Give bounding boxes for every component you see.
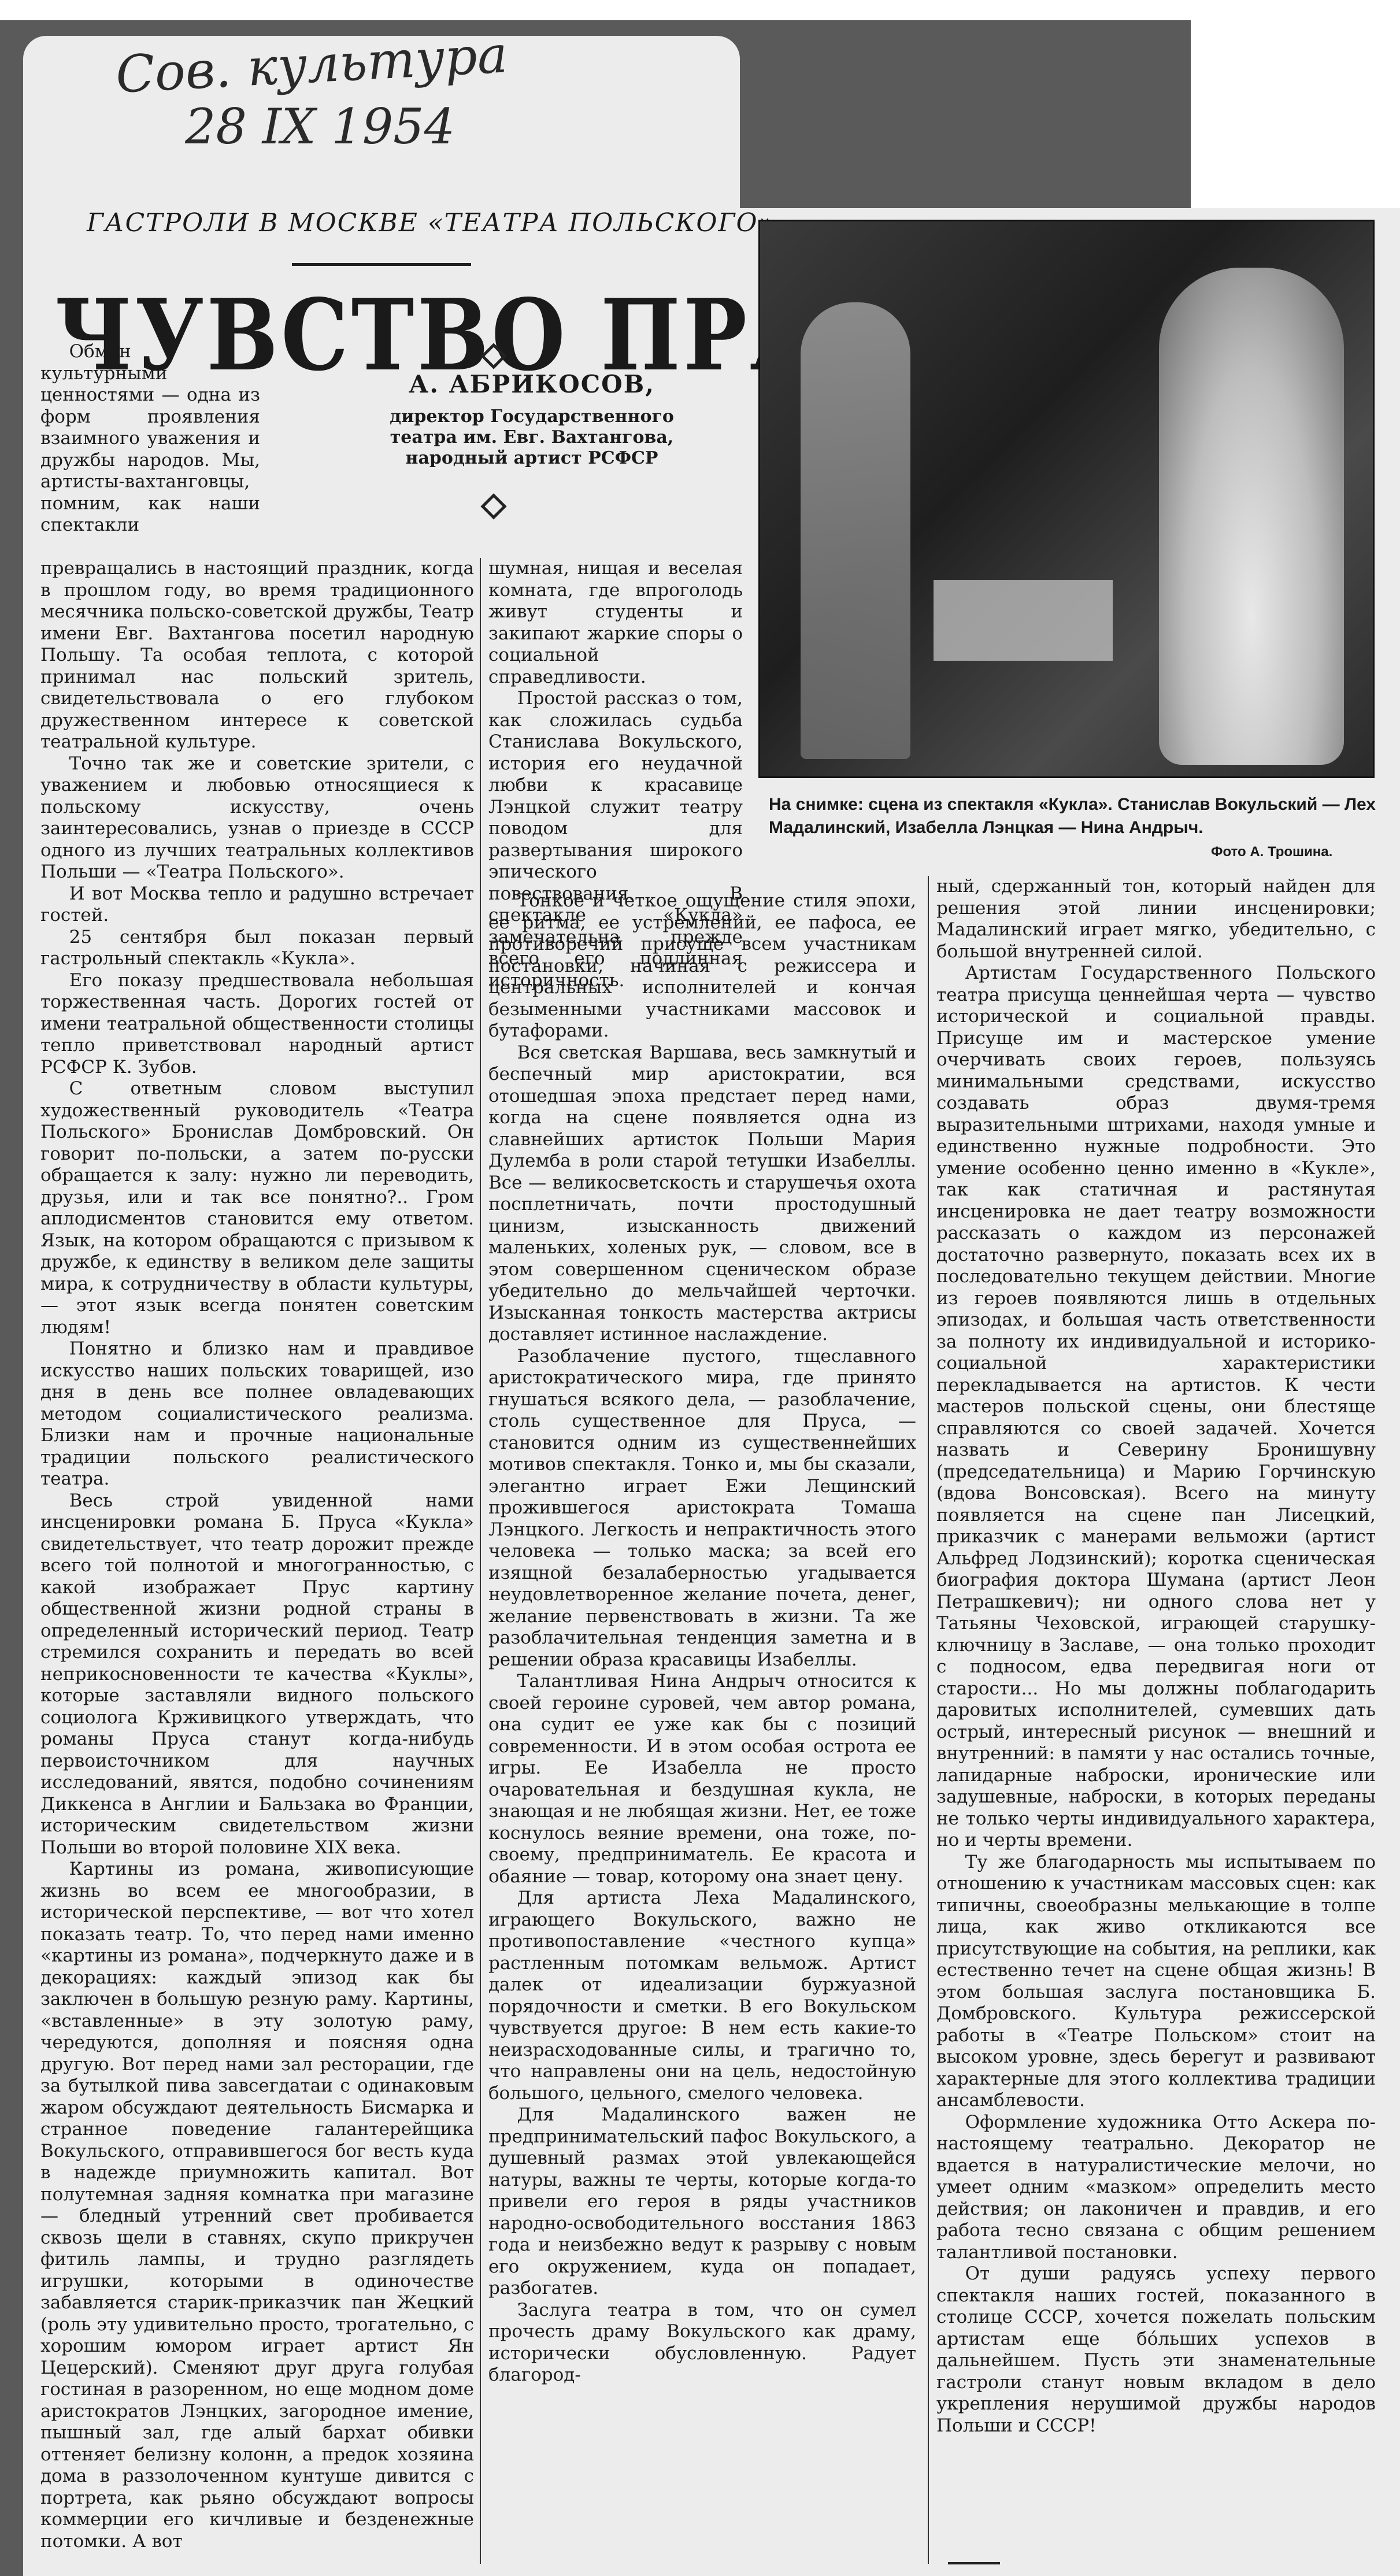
column-divider [480,558,481,2564]
photo-table [934,580,1113,661]
paragraph: Весь строй увиденной нами инсценировки р… [40,1490,474,1859]
rubric-divider [292,263,471,266]
paragraph: Картины из романа, живописующие жизнь во… [40,1859,474,2552]
paragraph: От души радуясь успеху первого спектакля… [936,2263,1376,2437]
paragraph: И вот Москва тепло и радушно встречает г… [40,883,474,927]
lead-paragraph: Обмен культурными ценностями — одна из ф… [40,341,260,536]
author-role: директор Государственного театра им. Евг… [370,406,694,469]
column-2: Тонкое и четкое ощущение стиля эпохи, ее… [488,890,916,2386]
column-divider [928,876,929,2564]
paragraph: Его показу предшествовала небольшая торж… [40,970,474,1079]
author-name: А. АБРИКОСОВ, [370,370,694,398]
paragraph: Заслуга театра в том, что он сумел проче… [488,2300,916,2386]
paragraph: Ту же благодарность мы испытываем по отн… [936,1852,1376,2112]
end-rule [948,2562,1000,2564]
paragraph: Талантливая Нина Андрыч относится к свое… [488,1671,916,1887]
photo-figure-man [801,302,910,759]
paragraph: Тонкое и четкое ощущение стиля эпохи, ее… [488,890,916,1042]
paragraph: Вся светская Варшава, весь замкнутый и б… [488,1042,916,1346]
column-3: ный, сдержанный тон, который найден для … [936,876,1376,2437]
paragraph: Для артиста Леха Мадалинского, играющего… [488,1887,916,2104]
stage-photo [758,220,1375,778]
paragraph: С ответным словом выступил художественны… [40,1078,474,1338]
photo-caption: На снимке: сцена из спектакля «Кукла». С… [769,793,1382,839]
paragraph: Понятно и близко нам и правдивое искусст… [40,1338,474,1490]
photo-credit: Фото А. Трошина. [1211,844,1332,860]
paragraph: Точно так же и советские зрители, с уваж… [40,753,474,883]
paragraph: Артистам Государственного Польского теат… [936,963,1376,1852]
paragraph: ный, сдержанный тон, который найден для … [936,876,1376,963]
paragraph: шумная, нищая и веселая комната, где впр… [488,558,743,688]
handwritten-date: 28 IX 1954 [185,98,455,155]
rubric: ГАСТРОЛИ В МОСКВЕ «ТЕАТРА ПОЛЬСКОГО» [87,208,775,238]
author-block: А. АБРИКОСОВ, директор Государственного … [370,370,694,469]
paragraph: Разоблачение пустого, тщеславного аристо… [488,1346,916,1671]
paragraph: Для Мадалинского важен не предпринимател… [488,2104,916,2300]
paragraph: превращались в настоящий праздник, когда… [40,558,474,753]
paragraph: Оформление художника Отто Аскера по-наст… [936,2112,1376,2264]
column-1: превращались в настоящий праздник, когда… [40,558,474,2552]
paragraph: 25 сентября был показан первый гастрольн… [40,927,474,970]
photo-figure-woman [1159,268,1344,765]
